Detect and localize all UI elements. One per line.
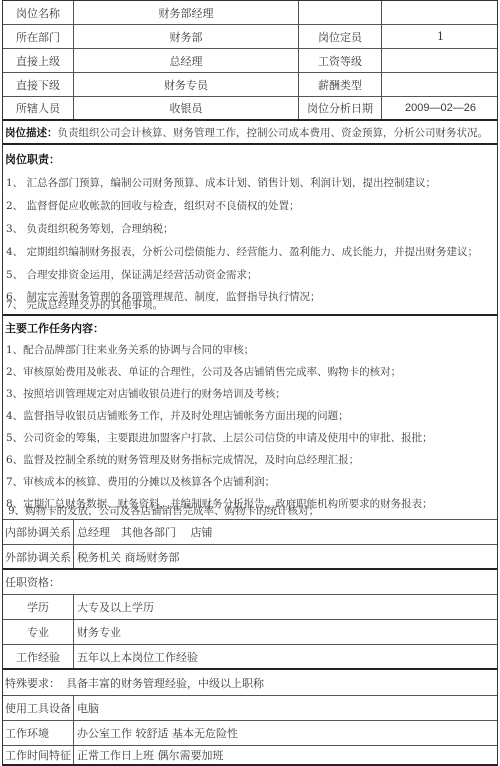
value-position-name: 财务部经理 [74, 1, 299, 24]
label-analysis-date: 岗位分析日期 [299, 97, 382, 119]
label-external-relations: 外部协调关系 [3, 545, 74, 568]
value-subordinate: 财务专员 [74, 73, 299, 96]
label-pay-type: 薪酬类型 [299, 73, 382, 96]
value-major: 财务专业 [74, 620, 499, 644]
label-tools: 使用工具设备 [3, 696, 74, 720]
label-superior: 直接上级 [3, 49, 74, 72]
row-subordinate: 直接下级 财务专员 薪酬类型 [3, 73, 497, 97]
duty-item: 2、 监督督促应收帐款的回收与检查，组织对不良债权的处置； [6, 198, 300, 213]
label-salary-grade: 工资等级 [299, 49, 382, 72]
label-position-name: 岗位名称 [3, 1, 74, 24]
tasks-section: 主要工作任务内容： 1、配合品牌部门往来业务关系的协调与合同的审核； 2、审核原… [3, 316, 497, 520]
task-item: 3、按照培训管理规定对店铺收银员进行的财务培训及考核； [6, 386, 286, 401]
label-major: 专业 [3, 620, 74, 644]
value-pay-type [382, 73, 499, 96]
job-description-form: 岗位名称 财务部经理 所在部门 财务部 岗位定员 1 直接上级 总经理 工资等级… [2, 0, 498, 766]
row-work-hours: 工作时间特征 正常工作日上班 偶尔需要加班 [3, 746, 497, 766]
label-empty [299, 1, 382, 24]
value-special-requirements: 具备丰富的财务管理经验，中级以上职称 [66, 675, 264, 691]
label-experience: 工作经验 [3, 645, 74, 668]
row-special-requirements: 特殊要求： 具备丰富的财务管理经验，中级以上职称 [3, 670, 497, 696]
row-experience: 工作经验 五年以上本岗位工作经验 [3, 645, 497, 670]
duties-section: 岗位职责： 1、 汇总各部门预算，编制公司财务预算、成本计划、销售计划、利润计划… [3, 145, 497, 316]
label-internal-relations: 内部协调关系 [3, 520, 74, 544]
value-work-hours: 正常工作日上班 偶尔需要加班 [74, 746, 499, 764]
value-staff: 收银员 [74, 97, 299, 119]
label-staff: 所辖人员 [3, 97, 74, 119]
description-label: 岗位描述： [5, 125, 58, 140]
duty-item: 4、 定期组织编制财务报表，分析公司偿债能力、经营能力、盈利能力、成长能力，并提… [6, 244, 478, 259]
description-text: 负责组织公司会计核算、财务管理工作，控制公司成本费用、资金预算，分析公司财务状况… [58, 125, 489, 140]
row-internal-relations: 内部协调关系 总经理 其他各部门 店铺 [3, 520, 497, 545]
qualifications-title-row: 任职资格： [3, 570, 497, 595]
label-education: 学历 [3, 595, 74, 619]
label-headcount: 岗位定员 [299, 25, 382, 48]
row-position-name: 岗位名称 财务部经理 [3, 0, 497, 25]
label-environment: 工作环境 [3, 721, 74, 745]
value-tools: 电脑 [74, 696, 499, 720]
duty-item: 7、 完成总经理交办的其他事项。 [6, 297, 163, 312]
task-item: 2、审核原始费用及帐表、单证的合理性，公司及各店铺销售完成率、购物卡的核对； [6, 364, 401, 379]
task-item: 7、审核成本的核算、费用的分摊以及核算各个店铺利润； [6, 474, 275, 489]
value-department: 财务部 [74, 25, 299, 48]
task-item: 9、购物卡的发放，公司及各店铺销售完成率、购物卡的统计核对； [8, 503, 319, 518]
row-environment: 工作环境 办公室工作 较舒适 基本无危险性 [3, 721, 497, 746]
row-department: 所在部门 财务部 岗位定员 1 [3, 25, 497, 49]
row-major: 专业 财务专业 [3, 620, 497, 645]
duty-item: 5、 合理安排资金运用，保证满足经营活动资金需求； [6, 267, 258, 282]
label-special-requirements: 特殊要求： [5, 675, 60, 691]
task-item: 1、配合品牌部门往来业务关系的协调与合同的审核； [6, 342, 254, 357]
label-subordinate: 直接下级 [3, 73, 74, 96]
task-item: 5、公司资金的筹集，主要跟进加盟客户打款、上层公司信贷的申请及使用中的审批、报批… [6, 430, 433, 445]
task-item: 4、监督指导收银员店铺账务工作，并及时处理店铺帐务方面出现的问题； [6, 408, 349, 423]
duty-item: 1、 汇总各部门预算，编制公司财务预算、成本计划、销售计划、利润计划，提出控制建… [6, 175, 436, 190]
duties-title: 岗位职责： [5, 151, 60, 167]
value-environment: 办公室工作 较舒适 基本无危险性 [74, 721, 499, 745]
value-salary-grade [382, 49, 499, 72]
duty-item: 3、 负责组织税务筹划，合理纳税； [6, 221, 174, 236]
value-analysis-date: 2009—02—26 [382, 97, 499, 119]
value-headcount: 1 [382, 25, 499, 48]
row-external-relations: 外部协调关系 税务机关 商场财务部 [3, 545, 497, 570]
task-item: 6、监督及控制全系统的财务管理及财务指标完成情况，及时向总经理汇报； [6, 452, 359, 467]
label-work-hours: 工作时间特征 [3, 746, 74, 764]
position-description: 岗位描述： 负责组织公司会计核算、财务管理工作，控制公司成本费用、资金预算，分析… [3, 121, 497, 145]
value-empty [382, 1, 499, 24]
tasks-title: 主要工作任务内容： [5, 320, 104, 336]
value-education: 大专及以上学历 [74, 595, 499, 619]
label-department: 所在部门 [3, 25, 74, 48]
value-superior: 总经理 [74, 49, 299, 72]
row-education: 学历 大专及以上学历 [3, 595, 497, 620]
value-internal-relations: 总经理 其他各部门 店铺 [74, 520, 499, 544]
row-tools: 使用工具设备 电脑 [3, 696, 497, 721]
row-superior: 直接上级 总经理 工资等级 [3, 49, 497, 73]
row-staff: 所辖人员 收银员 岗位分析日期 2009—02—26 [3, 97, 497, 121]
value-external-relations: 税务机关 商场财务部 [74, 545, 499, 568]
value-experience: 五年以上本岗位工作经验 [74, 645, 499, 668]
qualifications-title: 任职资格： [3, 570, 497, 594]
